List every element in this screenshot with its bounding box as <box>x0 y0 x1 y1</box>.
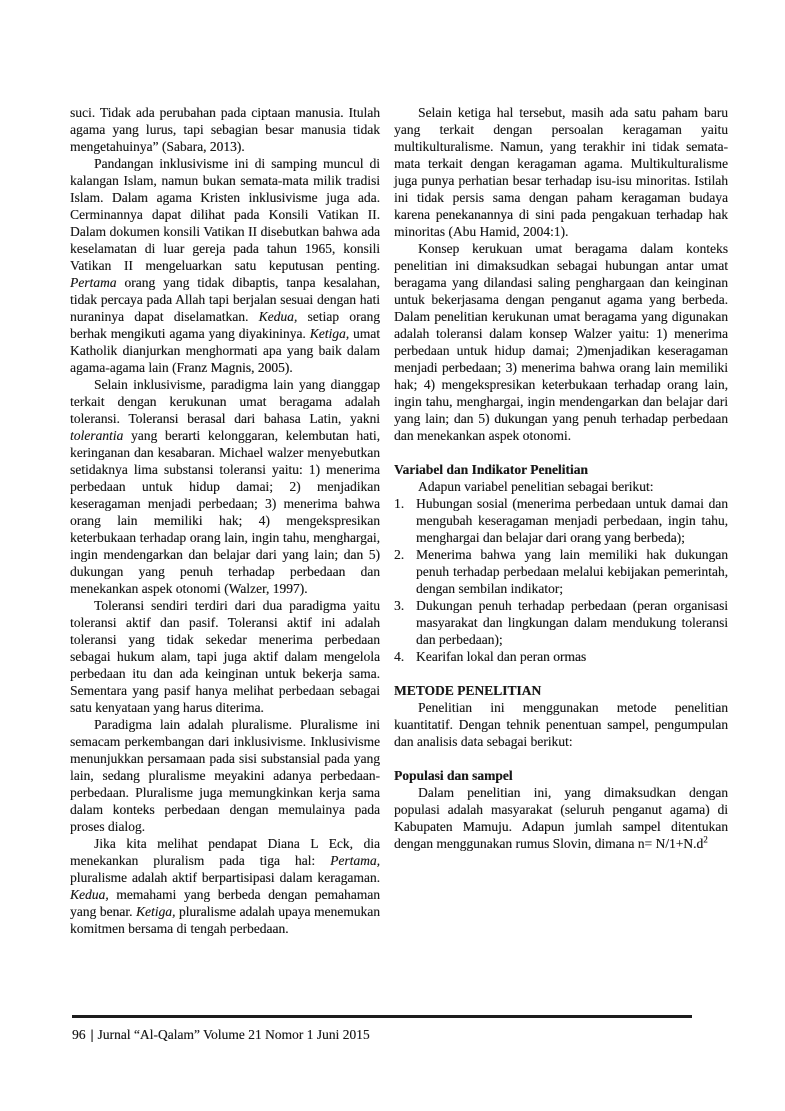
list-text: Hubungan sosial (menerima perbedaan untu… <box>416 495 728 546</box>
page-number: 96 <box>72 1027 86 1042</box>
section-heading: METODE PENELITIAN <box>394 682 728 699</box>
list-item: 4.Kearifan lokal dan peran ormas <box>394 648 728 665</box>
paragraph: Toleransi sendiri terdiri dari dua parad… <box>70 597 380 716</box>
paragraph: Selain inklusivisme, paradigma lain yang… <box>70 376 380 597</box>
footer-divider <box>72 1015 692 1018</box>
paragraph: suci. Tidak ada perubahan pada ciptaan m… <box>70 104 380 155</box>
list-number: 4. <box>394 648 416 665</box>
journal-citation: Jurnal “Al-Qalam” Volume 21 Nomor 1 Juni… <box>97 1027 369 1042</box>
list-item: 2.Menerima bahwa yang lain memiliki hak … <box>394 546 728 597</box>
section-heading: Populasi dan sampel <box>394 767 728 784</box>
page-footer: 96|Jurnal “Al-Qalam” Volume 21 Nomor 1 J… <box>72 1026 370 1043</box>
paragraph: Konsep kerukuan umat beragama dalam kont… <box>394 240 728 444</box>
list-number: 3. <box>394 597 416 648</box>
left-column: suci. Tidak ada perubahan pada ciptaan m… <box>70 104 380 937</box>
list-text: Kearifan lokal dan peran ormas <box>416 648 728 665</box>
right-column: Selain ketiga hal tersebut, masih ada sa… <box>394 104 728 937</box>
paragraph: Paradigma lain adalah pluralisme. Plural… <box>70 716 380 835</box>
paragraph: Pandangan inklusivisme ini di samping mu… <box>70 155 380 376</box>
list-number: 2. <box>394 546 416 597</box>
list-item: 3.Dukungan penuh terhadap perbedaan (per… <box>394 597 728 648</box>
paragraph: Jika kita melihat pendapat Diana L Eck, … <box>70 835 380 937</box>
paragraph: Dalam penelitian ini, yang dimaksudkan d… <box>394 784 728 852</box>
paragraph: Adapun variabel penelitian sebagai berik… <box>394 478 728 495</box>
list-number: 1. <box>394 495 416 546</box>
page-body: suci. Tidak ada perubahan pada ciptaan m… <box>70 104 728 937</box>
paragraph: Penelitian ini menggunakan metode peneli… <box>394 699 728 750</box>
list-text: Dukungan penuh terhadap perbedaan (peran… <box>416 597 728 648</box>
footer-separator: | <box>86 1027 98 1042</box>
numbered-list: 1.Hubungan sosial (menerima perbedaan un… <box>394 495 728 665</box>
paragraph: Selain ketiga hal tersebut, masih ada sa… <box>394 104 728 240</box>
section-heading: Variabel dan Indikator Penelitian <box>394 461 728 478</box>
list-item: 1.Hubungan sosial (menerima perbedaan un… <box>394 495 728 546</box>
list-text: Menerima bahwa yang lain memiliki hak du… <box>416 546 728 597</box>
